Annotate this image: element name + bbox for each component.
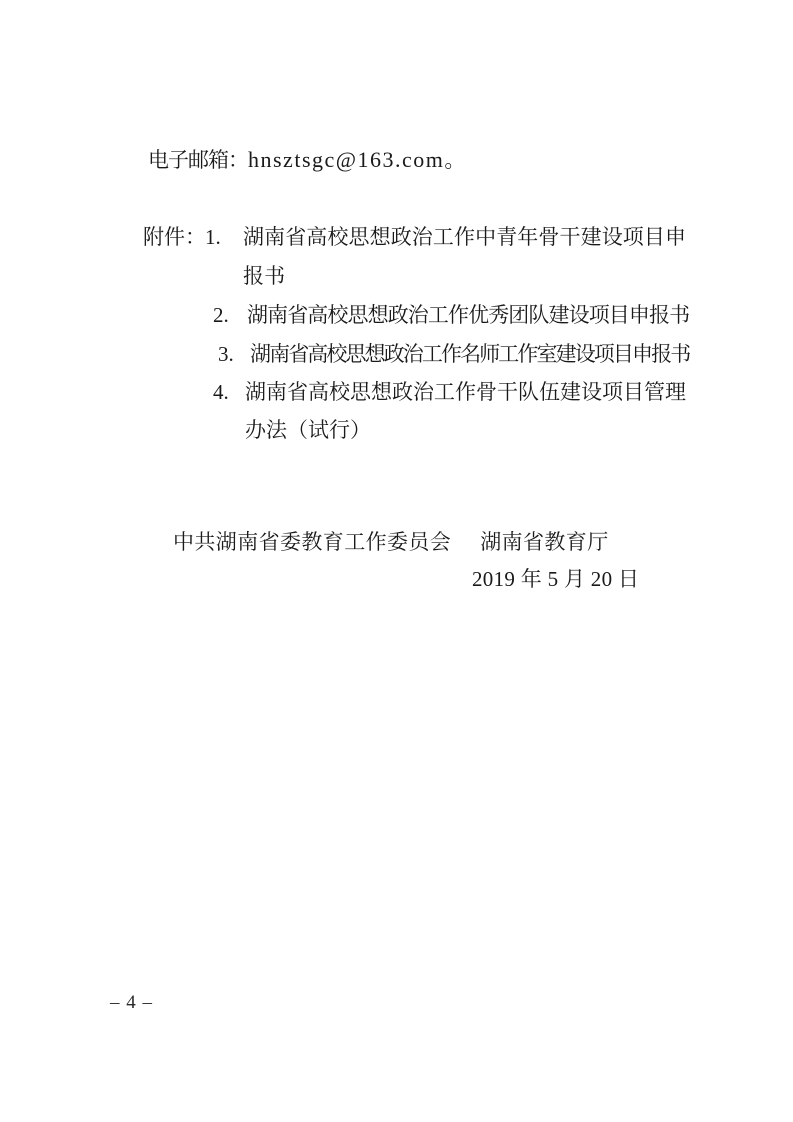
document-page: 电子邮箱：hnsztsgc@163.com。 附件： 1. 湖南省高校思想政治工… xyxy=(0,0,793,1122)
attachment-item-3-number: 3. xyxy=(218,340,234,368)
attachment-item-4-number: 4. xyxy=(213,378,229,406)
email-label: 电子邮箱： xyxy=(148,148,248,172)
email-period: 。 xyxy=(444,148,465,172)
attachment-item-4-continuation: 办法（试行） xyxy=(245,416,371,444)
signature-org-left: 中共湖南省委教育工作委员会 xyxy=(173,530,451,554)
attachment-item-3-text: 湖南省高校思想政治工作名师工作室建设项目申报书 xyxy=(250,340,689,368)
attachment-item-1-text: 湖南省高校思想政治工作中青年骨干建设项目申 xyxy=(243,223,686,251)
signature-org-right: 湖南省教育厅 xyxy=(480,530,608,554)
email-line: 电子邮箱：hnsztsgc@163.com。 xyxy=(148,145,465,175)
attachment-item-2-number: 2. xyxy=(213,301,229,329)
signature-date: 2019 年 5 月 20 日 xyxy=(472,565,639,593)
attachment-item-4-text: 湖南省高校思想政治工作骨干队伍建设项目管理 xyxy=(245,378,686,406)
attachment-item-1-continuation: 报书 xyxy=(243,262,285,290)
page-number: – 4 – xyxy=(110,990,153,1016)
signature-line: 中共湖南省委教育工作委员会湖南省教育厅 xyxy=(173,528,609,556)
attachment-item-2-text: 湖南省高校思想政治工作优秀团队建设项目申报书 xyxy=(247,301,689,329)
attachment-item-1-number: 1. xyxy=(205,223,221,251)
email-address: hnsztsgc@163.com xyxy=(248,147,444,172)
attachments-label: 附件： xyxy=(143,223,206,251)
